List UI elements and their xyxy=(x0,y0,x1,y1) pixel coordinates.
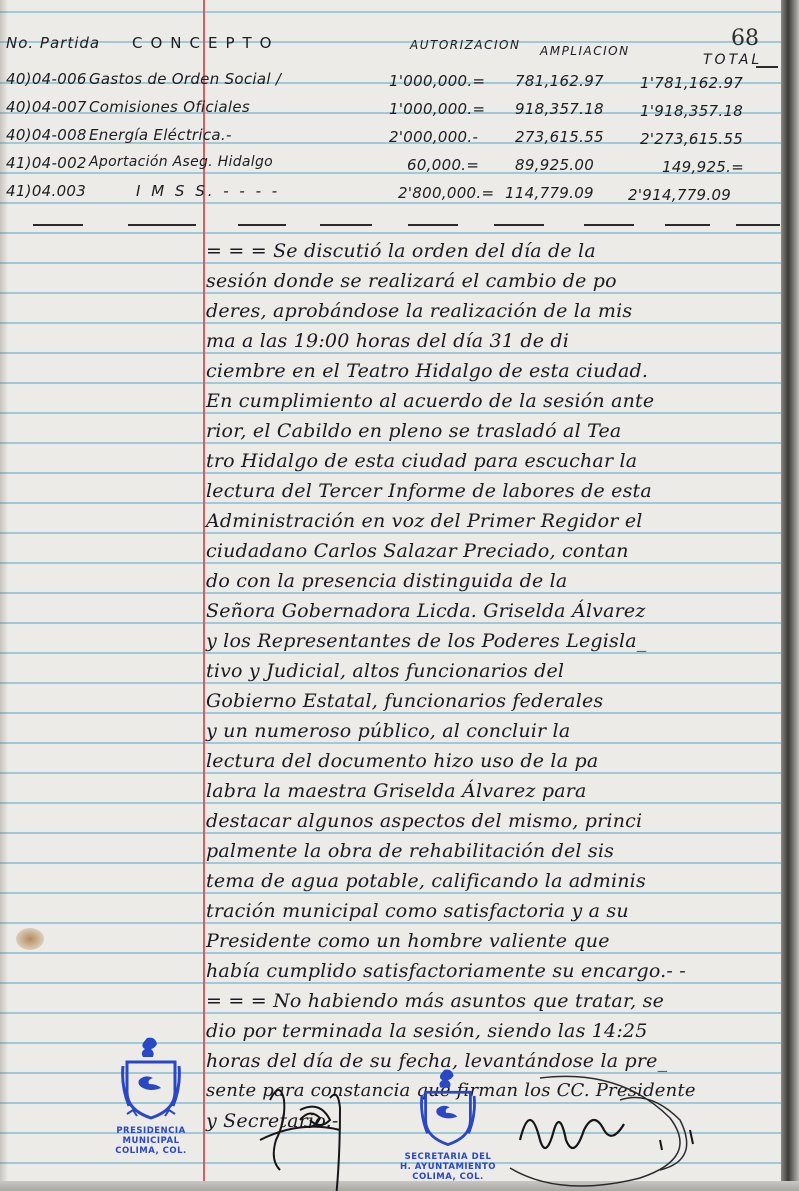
cell-autorizacion: 1'000,000.= xyxy=(389,100,485,118)
cell-concepto: Energía Eléctrica.- xyxy=(89,126,232,144)
cell-partida: 41)04-002 xyxy=(6,154,87,172)
cell-total: 2'273,615.55 xyxy=(640,130,743,148)
dash xyxy=(584,224,634,226)
cell-total: 1'918,357.18 xyxy=(640,102,743,120)
total-underline xyxy=(756,66,778,68)
body-line: tivo y Judicial, altos funcionarios del xyxy=(206,660,564,682)
dash xyxy=(408,224,458,226)
ink-stain xyxy=(16,928,44,950)
body-line: rior, el Cabildo en pleno se trasladó al… xyxy=(206,420,621,442)
header-concepto: CONCEPTO xyxy=(132,34,279,52)
body-line: y los Representantes de los Poderes Legi… xyxy=(206,630,647,652)
cell-autorizacion: 60,000.= xyxy=(407,156,479,174)
header-total: TOTAL xyxy=(703,52,762,68)
dash xyxy=(736,224,780,226)
red-margin-line xyxy=(203,0,205,1191)
body-line: lectura del Tercer Informe de labores de… xyxy=(206,480,652,502)
body-line: lectura del documento hizo uso de la pa xyxy=(206,750,598,772)
page-edge xyxy=(781,0,799,1191)
body-line: ciembre en el Teatro Hidalgo de esta ciu… xyxy=(206,360,648,382)
stamp-secretaria-ayuntamiento: SECRETARIA DEL H. AYUNTAMIENTO COLIMA, C… xyxy=(398,1068,498,1182)
body-line: En cumplimiento al acuerdo de la sesión … xyxy=(206,390,654,412)
binding-shadow xyxy=(0,0,8,1191)
stamp-line: COLIMA, COL. xyxy=(398,1172,498,1182)
dash xyxy=(665,224,710,226)
body-line: palmente la obra de rehabilitación del s… xyxy=(206,840,614,862)
body-line: había cumplido satisfactoriamente su enc… xyxy=(206,960,686,982)
dash xyxy=(494,224,544,226)
stamp-line: H. AYUNTAMIENTO xyxy=(398,1162,498,1172)
cell-concepto: I M S S. - - - - xyxy=(136,182,280,200)
cell-autorizacion: 2'800,000.= xyxy=(398,184,494,202)
stamp-line: COLIMA, COL. xyxy=(106,1146,196,1156)
body-line: tro Hidalgo de esta ciudad para escuchar… xyxy=(206,450,637,472)
cell-total: 1'781,162.97 xyxy=(640,74,743,92)
header-autorizacion: AUTORIZACION xyxy=(410,38,520,52)
page-number: 68 xyxy=(731,26,759,51)
body-line: labra la maestra Griselda Álvarez para xyxy=(206,780,587,802)
body-line: = = = Se discutió la orden del día de la xyxy=(206,240,596,262)
body-line: ma a las 19:00 horas del día 31 de di xyxy=(206,330,569,352)
cell-partida: 40)04-006 xyxy=(6,70,87,88)
page-bottom-edge xyxy=(0,1181,799,1191)
body-line: tema de agua potable, calificando la adm… xyxy=(206,870,646,892)
body-line: dio por terminada la sesión, siendo las … xyxy=(206,1020,648,1042)
body-line: Presidente como un hombre valiente que xyxy=(206,930,610,952)
body-line: deres, aprobándose la realización de la … xyxy=(206,300,632,322)
stamp-line: PRESIDENCIA xyxy=(106,1126,196,1136)
cell-ampliacion: 781,162.97 xyxy=(515,72,604,90)
coat-of-arms-icon xyxy=(418,1068,478,1152)
cell-concepto: Gastos de Orden Social / xyxy=(89,70,281,88)
body-line: = = = No habiendo más asuntos que tratar… xyxy=(206,990,664,1012)
dash xyxy=(128,224,196,226)
cell-total: 149,925.= xyxy=(662,158,744,176)
dash xyxy=(33,224,83,226)
header-partida: No. Partida xyxy=(6,34,100,52)
coat-of-arms-icon xyxy=(119,1036,183,1126)
cell-partida: 40)04-007 xyxy=(6,98,87,116)
body-line: Gobierno Estatal, funcionarios federales xyxy=(206,690,603,712)
cell-ampliacion: 89,925.00 xyxy=(515,156,594,174)
body-line: sesión donde se realizará el cambio de p… xyxy=(206,270,617,292)
body-line: tración municipal como satisfactoria y a… xyxy=(206,900,629,922)
cell-partida: 40)04-008 xyxy=(6,126,87,144)
body-line: y Secretario.- xyxy=(206,1110,339,1132)
dash xyxy=(238,224,286,226)
body-line: y un numeroso público, al concluir la xyxy=(206,720,570,742)
cell-concepto: Comisiones Oficiales xyxy=(89,98,250,116)
body-line: ciudadano Carlos Salazar Preciado, conta… xyxy=(206,540,629,562)
body-line: destacar algunos aspectos del mismo, pri… xyxy=(206,810,642,832)
stamp-presidencia-municipal: PRESIDENCIA MUNICIPAL COLIMA, COL. xyxy=(106,1036,196,1156)
cell-partida: 41)04.003 xyxy=(6,182,86,200)
cell-concepto: Aportación Aseg. Hidalgo xyxy=(89,154,273,170)
body-line: Señora Gobernadora Licda. Griselda Álvar… xyxy=(206,600,646,622)
body-line: Administración en voz del Primer Regidor… xyxy=(206,510,643,532)
dash xyxy=(320,224,372,226)
cell-total: 2'914,779.09 xyxy=(628,186,731,204)
header-ampliacion: AMPLIACION xyxy=(540,44,630,58)
cell-ampliacion: 114,779.09 xyxy=(505,184,594,202)
stamp-line: MUNICIPAL xyxy=(106,1136,196,1146)
stamp-line: SECRETARIA DEL xyxy=(398,1152,498,1162)
cell-ampliacion: 273,615.55 xyxy=(515,128,604,146)
cell-autorizacion: 2'000,000.- xyxy=(389,128,478,146)
cell-autorizacion: 1'000,000.= xyxy=(389,72,485,90)
body-line: do con la presencia distinguida de la xyxy=(206,570,567,592)
cell-ampliacion: 918,357.18 xyxy=(515,100,604,118)
